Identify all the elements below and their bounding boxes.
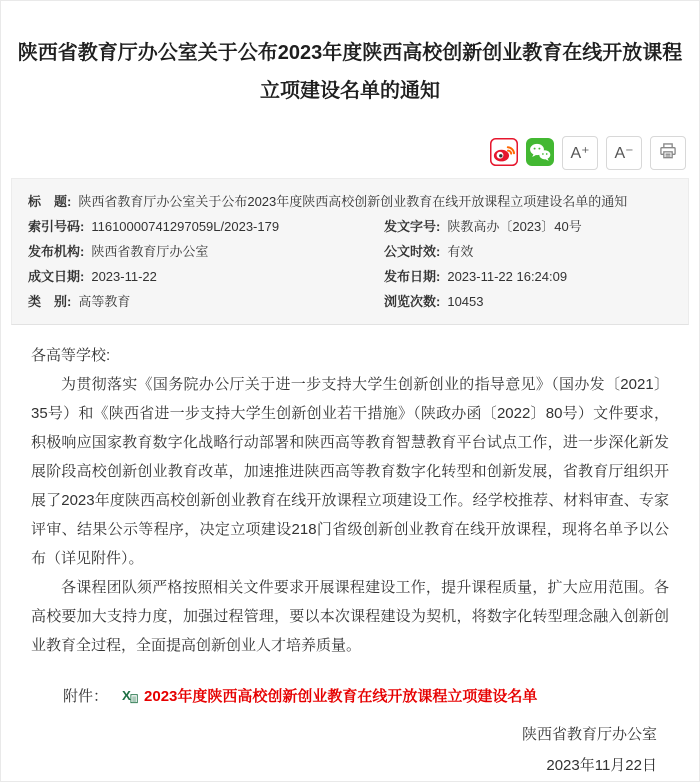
meta-row-title: 标 题: 陕西省教育厅办公室关于公布2023年度陕西高校创新创业教育在线开放课程…	[28, 189, 678, 214]
meta-label-publisher: 发布机构:	[28, 239, 84, 264]
meta-label-index-number: 索引号码:	[28, 214, 84, 239]
print-button[interactable]	[650, 136, 686, 170]
signature-organization: 陕西省教育厅办公室	[1, 719, 657, 750]
meta-row-category: 类 别: 高等教育 浏览次数: 10453	[28, 289, 678, 314]
notice-body: 各高等学校: 为贯彻落实《国务院办公厅关于进一步支持大学生创新创业的指导意见》（…	[31, 341, 669, 660]
attachment-link-text: 2023年度陕西高校创新创业教育在线开放课程立项建设名单	[144, 685, 537, 706]
meta-label-title: 标 题:	[28, 189, 71, 214]
font-increase-button[interactable]: A⁺	[562, 136, 598, 170]
meta-value-category: 高等教育	[78, 289, 130, 314]
meta-label-publish-date: 发布日期:	[384, 264, 440, 289]
font-decrease-button[interactable]: A⁻	[606, 136, 642, 170]
meta-value-index-number: 11610000741297059L/2023-179	[91, 214, 279, 239]
meta-value-publisher: 陕西省教育厅办公室	[91, 239, 208, 264]
meta-value-publish-date: 2023-11-22 16:24:09	[447, 264, 567, 289]
meta-label-view-count: 浏览次数:	[384, 289, 440, 314]
svg-text:X: X	[122, 688, 131, 703]
body-paragraph-1: 为贯彻落实《国务院办公厅关于进一步支持大学生创新创业的指导意见》（国办发〔202…	[31, 370, 669, 573]
attachment-link[interactable]: X 2023年度陕西高校创新创业教育在线开放课程立项建设名单	[122, 685, 537, 706]
attachment-label: 附件：	[63, 685, 108, 706]
notice-page: 陕西省教育厅办公室关于公布2023年度陕西高校创新创业教育在线开放课程立项建设名…	[0, 0, 700, 782]
meta-label-written-date: 成文日期:	[28, 264, 84, 289]
signature-block: 陕西省教育厅办公室 2023年11月22日	[1, 719, 657, 781]
page-title: 陕西省教育厅办公室关于公布2023年度陕西高校创新创业教育在线开放课程立项建设名…	[9, 34, 691, 110]
signature-date: 2023年11月22日	[1, 750, 657, 781]
meta-value-view-count: 10453	[447, 289, 483, 314]
meta-value-written-date: 2023-11-22	[91, 264, 157, 289]
meta-value-validity: 有效	[447, 239, 473, 264]
meta-row-index: 索引号码: 11610000741297059L/2023-179 发文字号: …	[28, 214, 678, 239]
attachment-row: 附件： X 2023年度陕西高校创新创业教育在线开放课程立项建设名单	[63, 685, 699, 706]
meta-label-category: 类 别:	[28, 289, 71, 314]
wechat-icon	[526, 138, 554, 169]
meta-value-doc-number: 陕教高办〔2023〕40号	[447, 214, 581, 239]
weibo-icon	[490, 138, 518, 169]
share-print-toolbar: A⁺ A⁻	[1, 136, 686, 170]
meta-row-publisher: 发布机构: 陕西省教育厅办公室 公文时效: 有效	[28, 239, 678, 264]
salutation: 各高等学校:	[31, 341, 669, 370]
meta-row-dates: 成文日期: 2023-11-22 发布日期: 2023-11-22 16:24:…	[28, 264, 678, 289]
meta-value-title: 陕西省教育厅办公室关于公布2023年度陕西高校创新创业教育在线开放课程立项建设名…	[78, 189, 627, 214]
meta-label-validity: 公文时效:	[384, 239, 440, 264]
body-paragraph-2: 各课程团队须严格按照相关文件要求开展课程建设工作，提升课程质量，扩大应用范围。各…	[31, 573, 669, 660]
meta-label-doc-number: 发文字号:	[384, 214, 440, 239]
excel-file-icon: X	[122, 688, 138, 704]
weibo-share-button[interactable]	[490, 139, 518, 167]
printer-icon	[658, 141, 678, 166]
document-meta-table: 标 题: 陕西省教育厅办公室关于公布2023年度陕西高校创新创业教育在线开放课程…	[11, 178, 689, 325]
wechat-share-button[interactable]	[526, 139, 554, 167]
